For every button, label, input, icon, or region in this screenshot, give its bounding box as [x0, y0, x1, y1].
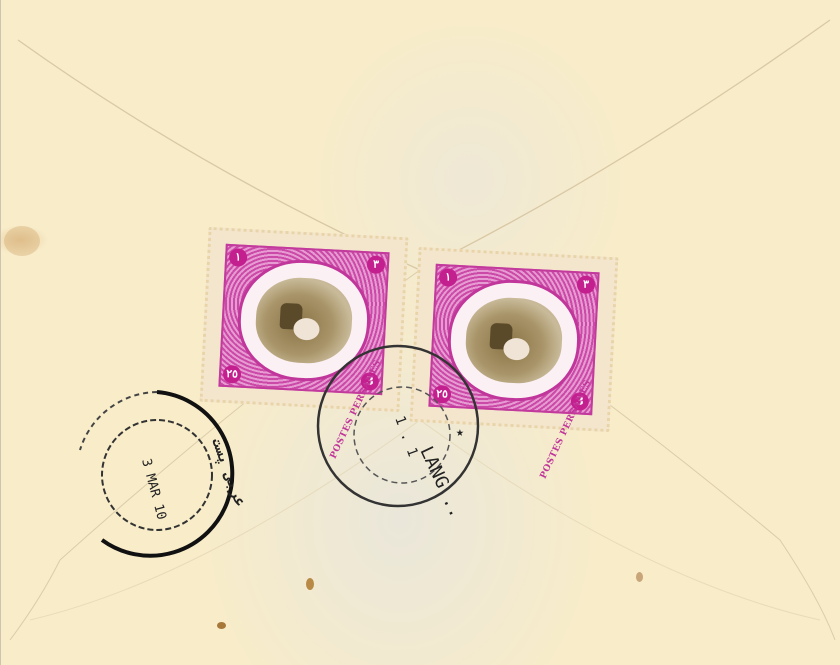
postmark-date: 3 MAR 10 [138, 457, 169, 521]
stain-bottom-2 [217, 622, 226, 629]
postmark-outer-text: LANG ... D [415, 443, 480, 515]
postmark-date: 1 . 1 [391, 414, 420, 459]
lang-postmark: LANG ... D 1 . 1 ★ [310, 340, 490, 515]
stain-bottom-3 [636, 572, 643, 582]
envelope-back: ١ ٣ ٢٥ 3 POSTES PERSANES ١ ٣ ٢٥ 3 POSTES… [0, 0, 840, 665]
persian-arabic-postmark: عربی پست 3 MAR 10 [62, 380, 252, 570]
stain-bottom-1 [306, 578, 314, 590]
postmark-star-icon: ★ [456, 425, 464, 440]
stain-left [4, 226, 40, 256]
